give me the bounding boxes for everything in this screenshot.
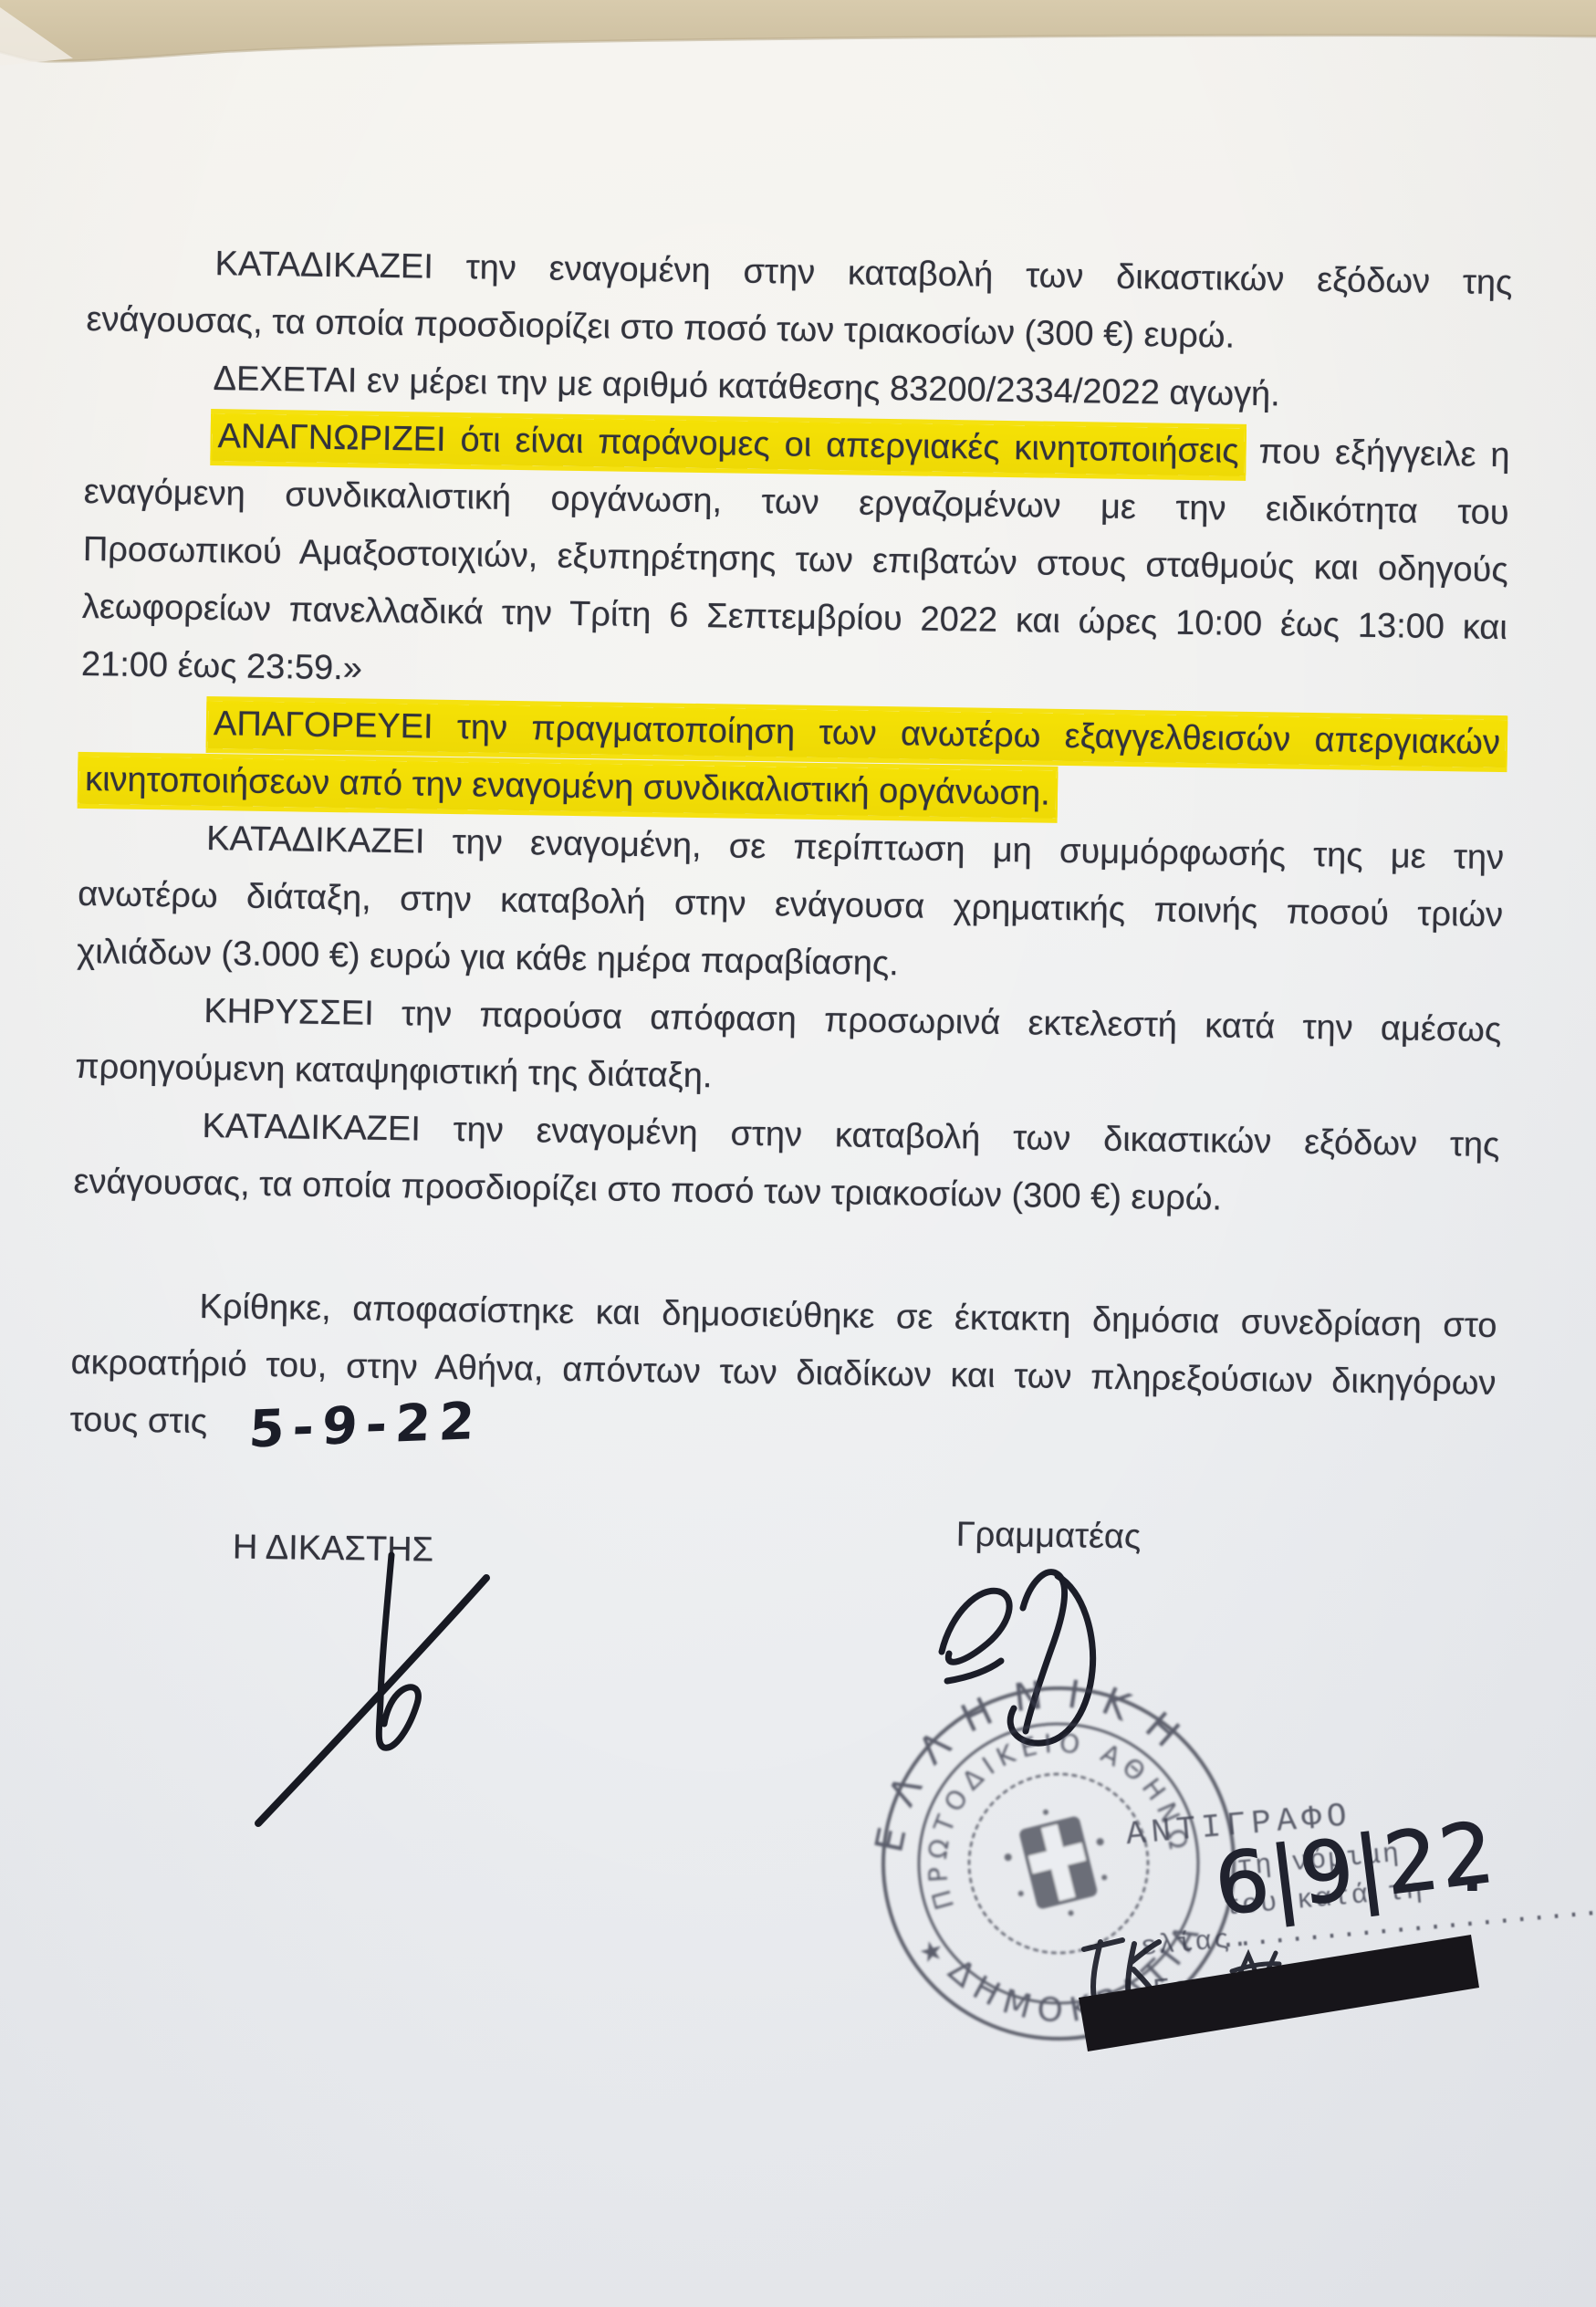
text-run: ΚΑΤΑΔΙΚΑΖΕΙ την εναγομένη στην καταβολή …: [214, 245, 1512, 302]
text-run: ΚΗΡΥΣΣΕΙ την παρούσα απόφαση προσωρινά ε…: [203, 992, 1501, 1049]
text-run: Προσωπικού Αμαξοστοιχιών, εξυπηρέτησης τ…: [83, 530, 1508, 590]
text-run: ΚΑΤΑΔΙΚΑΖΕΙ την εναγομένη στην καταβολή …: [202, 1107, 1499, 1164]
text-run: χιλιάδων (3.000 €) ευρώ για κάθε ημέρα π…: [77, 933, 899, 983]
text-run: προηγούμενη καταψηφιστική της διάταξη.: [75, 1048, 713, 1095]
handwritten-decision-date: 5-9-22: [248, 1393, 485, 1459]
decision-operative-text: ΚΑΤΑΔΙΚΑΖΕΙ την εναγομένη στην καταβολή …: [69, 234, 1513, 1471]
text-run: εναγόμενη συνδικαλιστική οργάνωση, των ε…: [83, 473, 1508, 532]
text-run: ΚΑΤΑΔΙΚΑΖΕΙ την εναγομένη, σε περίπτωση …: [206, 819, 1504, 877]
highlighted-text: κινητοποιήσεων από την εναγομένη συνδικα…: [79, 757, 1056, 819]
text-run: ενάγουσας, τα οποία προσδιορίζει στο ποσ…: [86, 300, 1235, 356]
text-run: ακροατήριό του, στην Αθήνα, απόντων των …: [70, 1343, 1496, 1403]
paragraph: ΚΗΡΥΣΣΕΙ την παρούσα απόφαση προσωρινά ε…: [75, 981, 1502, 1117]
paragraph: ΚΑΤΑΔΙΚΑΖΕΙ την εναγομένη στην καταβολή …: [86, 234, 1513, 370]
scanned-court-decision-photo: ΚΑΤΑΔΙΚΑΖΕΙ την εναγομένη στην καταβολή …: [0, 0, 1596, 2307]
text-run: Κρίθηκε, αποφασίστηκε και δημοσιεύθηκε σ…: [199, 1288, 1497, 1345]
paragraph: ΑΠΑΓΟΡΕΥΕΙ την πραγματοποίηση των ανωτέρ…: [79, 694, 1507, 830]
secretary-role-label: Γραμματέας: [944, 1515, 1154, 1557]
paragraph: Κρίθηκε, αποφασίστηκε και δημοσιεύθηκε σ…: [69, 1277, 1497, 1471]
page-stack-edge: [0, 0, 1596, 110]
text-run: ΔΕΧΕΤΑΙ εν μέρει την με αριθμό κατάθεσης…: [213, 360, 1280, 413]
paragraph: ΚΑΤΑΔΙΚΑΖΕΙ την εναγομένη στην καταβολή …: [73, 1096, 1500, 1232]
text-run: ενάγουσας, τα οποία προσδιορίζει στο ποσ…: [73, 1163, 1222, 1218]
text-run: τους στις: [69, 1401, 207, 1441]
text-run: λεωφορείων πανελλαδικά την Τρίτη 6 Σεπτε…: [82, 588, 1507, 647]
text-run: που εξήγγειλε η: [1244, 433, 1510, 475]
text-run: ανωτέρω διάταξη, στην καταβολή στην ενάγ…: [78, 875, 1503, 934]
judge-role-label: Η ΔΙΚΑΣΤΗΣ: [219, 1528, 448, 1570]
paragraph: ΑΝΑΓΝΩΡΙΖΕΙ ότι είναι παράνομες οι απεργ…: [81, 406, 1511, 715]
highlighted-text: ΑΝΑΓΝΩΡΙΖΕΙ ότι είναι παράνομες οι απεργ…: [212, 413, 1245, 476]
paragraph: ΚΑΤΑΔΙΚΑΖΕΙ την εναγομένη, σε περίπτωση …: [77, 809, 1505, 1002]
text-run: 21:00 έως 23:59.»: [81, 645, 363, 688]
